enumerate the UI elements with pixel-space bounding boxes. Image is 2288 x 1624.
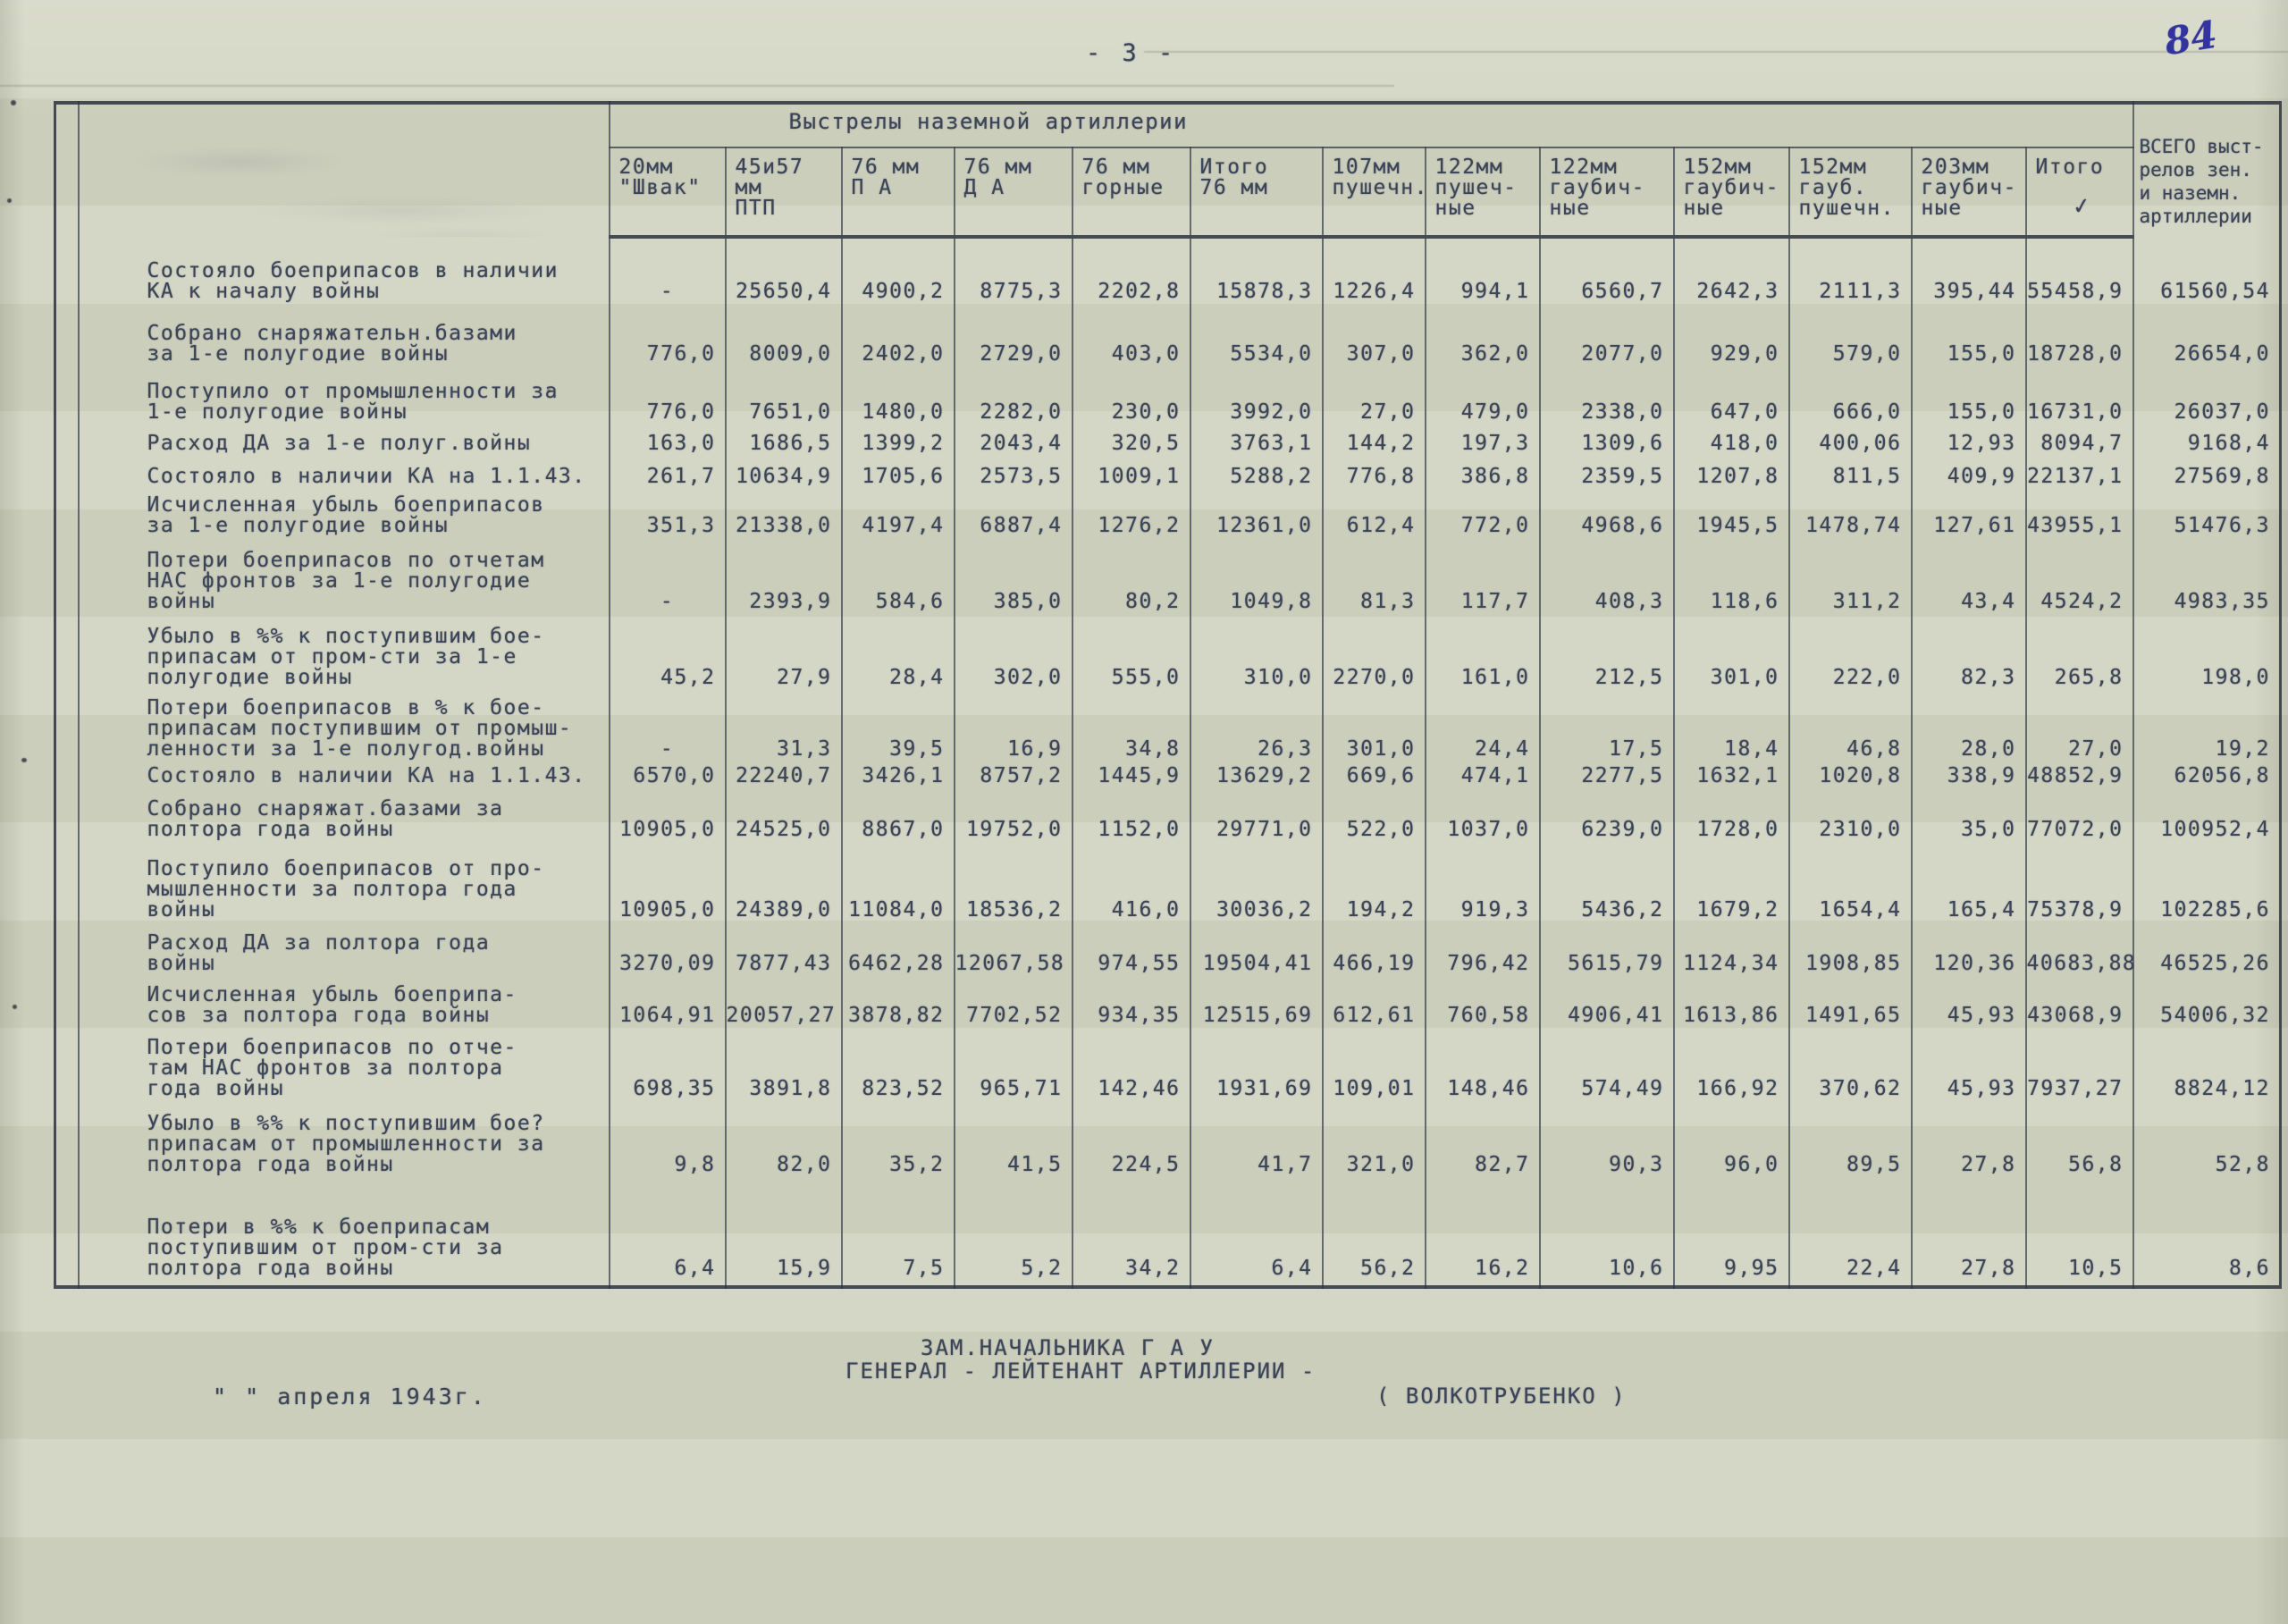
value-cell: 7,5 [842, 1182, 955, 1287]
column-header-line: 152мм [1684, 157, 1785, 178]
value-cell: 403,0 [1072, 308, 1190, 371]
value-cell: 4906,41 [1540, 980, 1674, 1032]
value-cell: 16731,0 [2026, 371, 2133, 429]
value-cell: 10634,9 [726, 460, 842, 493]
value-cell: 81,3 [1323, 543, 1426, 618]
column-header-line: 76 мм [964, 157, 1068, 178]
value-cell: 148,46 [1426, 1032, 1540, 1106]
value-cell: 823,52 [842, 1032, 955, 1106]
value-cell: 26037,0 [2133, 371, 2281, 429]
row-label-line: полугодие войны [147, 668, 609, 688]
left-margin-strip [55, 103, 79, 237]
value-cell: 1679,2 [1674, 846, 1789, 927]
value-cell: 39,5 [842, 694, 955, 766]
value-cell: 19504,41 [1190, 927, 1323, 980]
table-row: Потери боеприпасов по отчетамНАС фронтов… [55, 543, 2281, 618]
value-cell: 1445,9 [1072, 766, 1190, 793]
value-cell: 2338,0 [1540, 371, 1674, 429]
row-label: Исчисленная убыль боеприпасовза 1-е полу… [79, 493, 610, 543]
value-cell: 45,93 [1912, 980, 2026, 1032]
value-cell: 27569,8 [2133, 460, 2281, 493]
column-header: 122ммпушеч-ные [1426, 147, 1540, 237]
value-cell: 34,2 [1072, 1182, 1190, 1287]
value-cell: 230,0 [1072, 371, 1190, 429]
value-cell: 400,06 [1789, 429, 1912, 460]
margin-strip-cell [55, 371, 79, 429]
value-cell: 8775,3 [955, 237, 1072, 308]
value-cell: 15,9 [726, 1182, 842, 1287]
value-cell: 385,0 [955, 543, 1072, 618]
row-label: Исчисленная убыль боеприпа-сов за полтор… [79, 980, 610, 1032]
value-cell: 198,0 [2133, 618, 2281, 694]
value-cell: 22,4 [1789, 1182, 1912, 1287]
value-cell: 10905,0 [610, 846, 726, 927]
row-label-column-header [79, 103, 610, 237]
value-cell: 12515,69 [1190, 980, 1323, 1032]
value-cell: 612,4 [1323, 493, 1426, 543]
row-label-line: сов за полтора года войны [147, 1006, 609, 1026]
value-cell: 194,2 [1323, 846, 1426, 927]
value-cell: 29771,0 [1190, 793, 1323, 846]
value-cell: 25650,4 [726, 237, 842, 308]
value-cell: 1124,34 [1674, 927, 1789, 980]
ink-speck [21, 758, 27, 762]
value-cell: 7937,27 [2026, 1032, 2133, 1106]
value-cell: 2077,0 [1540, 308, 1674, 371]
ink-speck [547, 389, 551, 392]
margin-strip-cell [55, 308, 79, 371]
column-header-line: и наземн. [2140, 181, 2278, 205]
table-row: Убыло в %% к поступившим бое?припасам от… [55, 1106, 2281, 1182]
table-row: Расход ДА за 1-е полуг.войны163,01686,51… [55, 429, 2281, 460]
value-cell: 27,0 [1323, 371, 1426, 429]
value-cell: 6462,28 [842, 927, 955, 980]
row-label-line: войны [147, 900, 609, 921]
value-cell: 579,0 [1789, 308, 1912, 371]
value-cell: 1480,0 [842, 371, 955, 429]
value-cell: 5436,2 [1540, 846, 1674, 927]
margin-strip-cell [55, 543, 79, 618]
value-cell: 302,0 [955, 618, 1072, 694]
value-cell: 41,7 [1190, 1106, 1323, 1182]
value-cell: 386,8 [1426, 460, 1540, 493]
value-cell: 40683,88 [2026, 927, 2133, 980]
margin-strip-cell [55, 766, 79, 793]
margin-strip-cell [55, 460, 79, 493]
row-label: Собрано снаряжательн.базамиза 1-е полуго… [79, 308, 610, 371]
value-cell: 12361,0 [1190, 493, 1323, 543]
value-cell: 52,8 [2133, 1106, 2281, 1182]
row-label-line: Собрано снаряжательн.базами [147, 324, 609, 344]
value-cell: 919,3 [1426, 846, 1540, 927]
row-label-line: Убыло в %% к поступившим бое- [147, 627, 609, 647]
value-cell: - [610, 694, 726, 766]
value-cell: 6570,0 [610, 766, 726, 793]
value-cell: 574,49 [1540, 1032, 1674, 1106]
value-cell: 4900,2 [842, 237, 955, 308]
column-header-line: 20мм [619, 157, 721, 178]
value-cell: 48852,9 [2026, 766, 2133, 793]
value-cell: 28,4 [842, 618, 955, 694]
row-label-line: припасам от промышленности за [147, 1134, 609, 1155]
value-cell: 46,8 [1789, 694, 1912, 766]
value-cell: 22240,7 [726, 766, 842, 793]
value-cell: 155,0 [1912, 371, 2026, 429]
column-header-line: 122мм [1435, 157, 1535, 178]
margin-strip-cell [55, 493, 79, 543]
margin-strip-cell [55, 1032, 79, 1106]
row-label-line: ленности за 1-е полугод.войны [147, 739, 609, 760]
value-cell: 27,8 [1912, 1182, 2026, 1287]
value-cell: 5534,0 [1190, 308, 1323, 371]
column-header-line: 152мм [1799, 157, 1907, 178]
value-cell: 3992,0 [1190, 371, 1323, 429]
value-cell: 2310,0 [1789, 793, 1912, 846]
value-cell: 8757,2 [955, 766, 1072, 793]
value-cell: 698,35 [610, 1032, 726, 1106]
column-header-line: гаубич- [1922, 178, 2022, 198]
row-label: Состояло в наличии КА на 1.1.43. [79, 766, 610, 793]
value-cell: 18536,2 [955, 846, 1072, 927]
row-label: Потери в %% к боеприпасампоступившим от … [79, 1182, 610, 1287]
value-cell: 43068,9 [2026, 980, 2133, 1032]
value-cell: 6887,4 [955, 493, 1072, 543]
table-row: Поступило от промышленности за1-е полуго… [55, 371, 2281, 429]
value-cell: 1945,5 [1674, 493, 1789, 543]
row-label-line: Состояло боеприпасов в наличии [147, 261, 609, 282]
row-label-line: 1-е полугодие войны [147, 402, 609, 423]
value-cell: 5288,2 [1190, 460, 1323, 493]
table-row: Состояло в наличии КА на 1.1.43.261,7106… [55, 460, 2281, 493]
margin-strip-cell [55, 1106, 79, 1182]
value-cell: 666,0 [1789, 371, 1912, 429]
handwritten-folio-number: 84 [2162, 13, 2220, 64]
value-cell: 80,2 [1072, 543, 1190, 618]
column-header-line: ные [1435, 198, 1535, 219]
value-cell: 155,0 [1912, 308, 2026, 371]
value-cell: 15878,3 [1190, 237, 1323, 308]
value-cell: 31,3 [726, 694, 842, 766]
value-cell: 89,5 [1789, 1106, 1912, 1182]
value-cell: 9168,4 [2133, 429, 2281, 460]
row-label-line: полтора года войны [147, 1258, 609, 1279]
table-row: Потери боеприпасов по отче-там НАС фронт… [55, 1032, 2281, 1106]
column-header-line: гаубич- [1550, 178, 1670, 198]
margin-strip-cell [55, 237, 79, 308]
value-cell: 408,3 [1540, 543, 1674, 618]
value-cell: 416,0 [1072, 846, 1190, 927]
value-cell: 28,0 [1912, 694, 2026, 766]
value-cell: 6,4 [610, 1182, 726, 1287]
column-header-line: ные [1684, 198, 1785, 219]
value-cell: 1037,0 [1426, 793, 1540, 846]
value-cell: 35,2 [842, 1106, 955, 1182]
value-cell: 82,3 [1912, 618, 2026, 694]
column-header-line: 203мм [1922, 157, 2022, 178]
value-cell: 127,61 [1912, 493, 2026, 543]
margin-strip-cell [55, 846, 79, 927]
value-cell: 301,0 [1674, 618, 1789, 694]
value-cell: 2043,4 [955, 429, 1072, 460]
signature-title-line2: ГЕНЕРАЛ - ЛЕЙТЕНАНТ АРТИЛЛЕРИИ - [845, 1359, 1316, 1384]
value-cell: 1064,91 [610, 980, 726, 1032]
value-cell: 13629,2 [1190, 766, 1323, 793]
value-cell: 929,0 [1674, 308, 1789, 371]
table-group-header: Выстрелы наземной артиллерии [610, 103, 2133, 147]
table-row: Исчисленная убыль боеприпа-сов за полтор… [55, 980, 2281, 1032]
value-cell: 1276,2 [1072, 493, 1190, 543]
value-cell: 161,0 [1426, 618, 1540, 694]
row-label-line: Потери боеприпасов в % к бое- [147, 698, 609, 719]
value-cell: 265,8 [2026, 618, 2133, 694]
value-cell: 45,2 [610, 618, 726, 694]
value-cell: 120,36 [1912, 927, 2026, 980]
value-cell: 776,8 [1323, 460, 1426, 493]
row-label-line: КА к началу войны [147, 282, 609, 302]
value-cell: 10,6 [1540, 1182, 1674, 1287]
row-label-line: НАС фронтов за 1-е полугодие [147, 571, 609, 592]
value-cell: 370,62 [1789, 1032, 1912, 1106]
column-header-line: 107мм [1333, 157, 1421, 178]
row-label-line: Собрано снаряжат.базами за [147, 799, 609, 820]
value-cell: 6560,7 [1540, 237, 1674, 308]
value-cell: 77072,0 [2026, 793, 2133, 846]
value-cell: 12,93 [1912, 429, 2026, 460]
value-cell: 474,1 [1426, 766, 1540, 793]
value-cell: 8094,7 [2026, 429, 2133, 460]
value-cell: 994,1 [1426, 237, 1540, 308]
column-header: 20мм"Швак" [610, 147, 726, 237]
value-cell: 197,3 [1426, 429, 1540, 460]
value-cell: 117,7 [1426, 543, 1540, 618]
value-cell: 1908,85 [1789, 927, 1912, 980]
table-row: Потери боеприпасов в % к бое-припасам по… [55, 694, 2281, 766]
value-cell: 2270,0 [1323, 618, 1426, 694]
value-cell: 19,2 [2133, 694, 2281, 766]
value-cell: 3891,8 [726, 1032, 842, 1106]
value-cell: 4197,4 [842, 493, 955, 543]
value-cell: 109,01 [1323, 1032, 1426, 1106]
value-cell: 974,55 [1072, 927, 1190, 980]
value-cell: 1613,86 [1674, 980, 1789, 1032]
value-cell: 222,0 [1789, 618, 1912, 694]
value-cell: 118,6 [1674, 543, 1789, 618]
row-label-line: припасам от пром-сти за 1-е [147, 647, 609, 668]
value-cell: 20057,27 [726, 980, 842, 1032]
column-header-line: Д А [964, 178, 1068, 198]
value-cell: 27,8 [1912, 1106, 2026, 1182]
column-header-line: гаубич- [1684, 178, 1785, 198]
column-header-total-all: ВСЕГО выст-релов зен.и наземн.артиллерии [2133, 103, 2281, 237]
value-cell: 46525,26 [2133, 927, 2281, 980]
value-cell: 11084,0 [842, 846, 955, 927]
value-cell: 1632,1 [1674, 766, 1789, 793]
column-header-line: гауб. [1799, 178, 1907, 198]
value-cell: 2359,5 [1540, 460, 1674, 493]
paper-crease-top-right [1144, 51, 2288, 53]
value-cell: 166,92 [1674, 1032, 1789, 1106]
margin-strip-cell [55, 1182, 79, 1287]
value-cell: 4968,6 [1540, 493, 1674, 543]
value-cell: 3426,1 [842, 766, 955, 793]
signature-name: ( ВОЛКОТРУБЕНКО ) [1376, 1384, 1627, 1409]
value-cell: 27,9 [726, 618, 842, 694]
value-cell: 466,19 [1323, 927, 1426, 980]
value-cell: 934,35 [1072, 980, 1190, 1032]
value-cell: 647,0 [1674, 371, 1789, 429]
value-cell: 21338,0 [726, 493, 842, 543]
value-cell: 61560,54 [2133, 237, 2281, 308]
value-cell: 669,6 [1323, 766, 1426, 793]
value-cell: - [610, 543, 726, 618]
value-cell: 54006,32 [2133, 980, 2281, 1032]
value-cell: 8,6 [2133, 1182, 2281, 1287]
value-cell: 418,0 [1674, 429, 1789, 460]
value-cell: 34,8 [1072, 694, 1190, 766]
value-cell: 6,4 [1190, 1182, 1323, 1287]
value-cell: 100952,4 [2133, 793, 2281, 846]
row-label-line: Расход ДА за полтора года [147, 933, 609, 954]
value-cell: 224,5 [1072, 1106, 1190, 1182]
value-cell: 1399,2 [842, 429, 955, 460]
value-cell: 144,2 [1323, 429, 1426, 460]
value-cell: 1152,0 [1072, 793, 1190, 846]
value-cell: 8867,0 [842, 793, 955, 846]
value-cell: 395,44 [1912, 237, 2026, 308]
row-label: Потери боеприпасов в % к бое-припасам по… [79, 694, 610, 766]
value-cell: 62056,8 [2133, 766, 2281, 793]
value-cell: 811,5 [1789, 460, 1912, 493]
row-label-line: войны [147, 592, 609, 612]
row-label-line: Убыло в %% к поступившим бое? [147, 1114, 609, 1134]
value-cell: 55458,9 [2026, 237, 2133, 308]
value-cell: 6239,0 [1540, 793, 1674, 846]
row-label: Поступило боеприпасов от про-мышленности… [79, 846, 610, 927]
value-cell: 35,0 [1912, 793, 2026, 846]
paper-crease-top [0, 85, 1394, 87]
column-header-line: 122мм [1550, 157, 1670, 178]
row-label-line: там НАС фронтов за полтора [147, 1058, 609, 1079]
value-cell: 30036,2 [1190, 846, 1323, 927]
value-cell: 409,9 [1912, 460, 2026, 493]
value-cell: 22137,1 [2026, 460, 2133, 493]
value-cell: 19752,0 [955, 793, 1072, 846]
row-label-line: за 1-е полугодие войны [147, 516, 609, 536]
table-row: Собрано снаряжательн.базамиза 1-е полуго… [55, 308, 2281, 371]
margin-strip-cell [55, 980, 79, 1032]
value-cell: 9,8 [610, 1106, 726, 1182]
column-header-line: релов зен. [2140, 158, 2278, 181]
table-row: Собрано снаряжат.базами заполтора года в… [55, 793, 2281, 846]
table-row: Исчисленная убыль боеприпасовза 1-е полу… [55, 493, 2281, 543]
column-header-line: ПТП [736, 198, 837, 219]
row-label: Расход ДА за полтора годавойны [79, 927, 610, 980]
value-cell: 2202,8 [1072, 237, 1190, 308]
value-cell: 1931,69 [1190, 1032, 1323, 1106]
value-cell: 4983,35 [2133, 543, 2281, 618]
column-header-line: П А [852, 178, 950, 198]
value-cell: 612,61 [1323, 980, 1426, 1032]
value-cell: 7651,0 [726, 371, 842, 429]
column-header-line: "Швак" [619, 178, 721, 198]
value-cell: 51476,3 [2133, 493, 2281, 543]
column-header: 45и57ммПТП [726, 147, 842, 237]
row-label-line: Исчисленная убыль боеприпасов [147, 495, 609, 516]
value-cell: 5615,79 [1540, 927, 1674, 980]
value-cell: 307,0 [1323, 308, 1426, 371]
value-cell: 16,9 [955, 694, 1072, 766]
value-cell: 10905,0 [610, 793, 726, 846]
value-cell: 9,95 [1674, 1182, 1789, 1287]
value-cell: 27,0 [2026, 694, 2133, 766]
value-cell: 18728,0 [2026, 308, 2133, 371]
column-header-line: 76 мм [1200, 178, 1318, 198]
value-cell: 362,0 [1426, 308, 1540, 371]
value-cell: 796,42 [1426, 927, 1540, 980]
signature-title-line1: ЗАМ.НАЧАЛЬНИКА Г А У [921, 1335, 1215, 1360]
table-row: Поступило боеприпасов от про-мышленности… [55, 846, 2281, 927]
value-cell: 1491,65 [1789, 980, 1912, 1032]
value-cell: 24389,0 [726, 846, 842, 927]
group-header-row: Выстрелы наземной артиллерии ВСЕГО выст-… [55, 103, 2281, 147]
column-header-line: Итого [1200, 157, 1318, 178]
value-cell: 351,3 [610, 493, 726, 543]
column-header-line: 45и57 [736, 157, 837, 178]
document-date-line: " " апреля 1943г. [213, 1384, 487, 1409]
group-header-text: Выстрелы наземной артиллерии [789, 109, 1189, 134]
column-header: 203ммгаубич-ные [1912, 147, 2026, 237]
column-header-line: ные [1922, 198, 2022, 219]
column-header-line: артиллерии [2140, 205, 2278, 228]
row-label: Потери боеприпасов по отче-там НАС фронт… [79, 1032, 610, 1106]
value-cell: 142,46 [1072, 1032, 1190, 1106]
margin-strip-cell [55, 793, 79, 846]
value-cell: 2573,5 [955, 460, 1072, 493]
value-cell: 75378,9 [2026, 846, 2133, 927]
value-cell: 102285,6 [2133, 846, 2281, 927]
column-header: 76 ммП А [842, 147, 955, 237]
value-cell: 56,2 [1323, 1182, 1426, 1287]
value-cell: 3878,82 [842, 980, 955, 1032]
value-cell: - [610, 237, 726, 308]
row-label-line: Поступило от промышленности за [147, 382, 609, 402]
value-cell: 1728,0 [1674, 793, 1789, 846]
column-header-line: 76 мм [852, 157, 950, 178]
value-cell: 1654,4 [1789, 846, 1912, 927]
value-cell: 212,5 [1540, 618, 1674, 694]
scanned-document-page: - 3 - 84 Выстрелы наземной артиллерии ВС… [0, 0, 2288, 1624]
value-cell: 1309,6 [1540, 429, 1674, 460]
value-cell: 2402,0 [842, 308, 955, 371]
row-label-line: поступившим от пром-сти за [147, 1238, 609, 1258]
margin-strip-cell [55, 694, 79, 766]
margin-strip-cell [55, 429, 79, 460]
value-cell: 7702,52 [955, 980, 1072, 1032]
row-label: Собрано снаряжат.базами заполтора года в… [79, 793, 610, 846]
margin-strip-cell [55, 927, 79, 980]
value-cell: 1686,5 [726, 429, 842, 460]
column-header: 152ммгаубич-ные [1674, 147, 1789, 237]
column-header: 76 ммгорные [1072, 147, 1190, 237]
value-cell: 776,0 [610, 371, 726, 429]
ink-speck [7, 198, 12, 203]
row-label-line: Поступило боеприпасов от про- [147, 859, 609, 879]
column-header: 76 ммД А [955, 147, 1072, 237]
value-cell: 310,0 [1190, 618, 1323, 694]
value-cell: 16,2 [1426, 1182, 1540, 1287]
value-cell: 26,3 [1190, 694, 1323, 766]
value-cell: 56,8 [2026, 1106, 2133, 1182]
